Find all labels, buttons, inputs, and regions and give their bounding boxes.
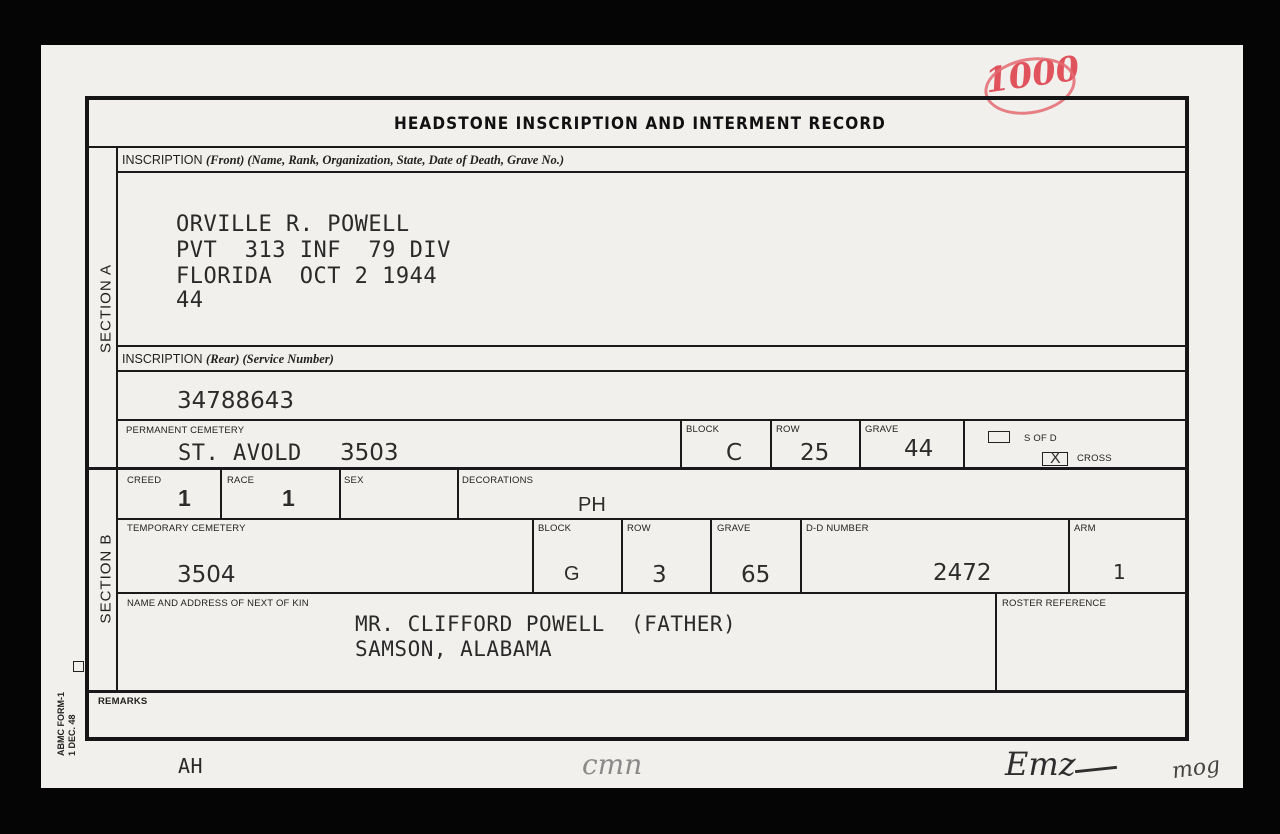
race-label: RACE xyxy=(227,475,254,486)
sex-label: SEX xyxy=(344,475,364,486)
rule-kin-top xyxy=(118,592,1187,594)
inscription-front-line-1: ORVILLE R. POWELL xyxy=(176,212,410,238)
rule-roster xyxy=(995,592,997,691)
permanent-cemetery-value: ST. AVOLD xyxy=(178,441,302,467)
pencil-note-1: cmn xyxy=(582,748,642,781)
race-value: 1 xyxy=(282,485,295,512)
arm-value: 1 xyxy=(1113,560,1126,584)
row-a-label: ROW xyxy=(776,424,800,435)
pencil-note-2: Emz xyxy=(1005,745,1076,783)
s-of-d-checkbox[interactable] xyxy=(988,431,1010,443)
creed-label: CREED xyxy=(127,475,161,486)
rule-front-label xyxy=(118,171,1187,173)
form-title: HEADSTONE INSCRIPTION AND INTERMENT RECO… xyxy=(64,114,1216,134)
rule-section-divider xyxy=(87,467,1187,470)
form-id: ABMC FORM-1 1 DEC. 48 xyxy=(56,666,78,756)
next-of-kin-line-2: SAMSON, ALABAMA xyxy=(355,636,552,662)
next-of-kin-line-1: MR. CLIFFORD POWELL (FATHER) xyxy=(355,611,736,637)
inscription-rear-label: INSCRIPTION (Rear) (Service Number) xyxy=(122,352,334,367)
rule-decorations xyxy=(457,468,459,519)
s-of-d-label: S OF D xyxy=(1024,433,1057,444)
inscription-front-line-3: FLORIDA OCT 2 1944 xyxy=(176,264,437,290)
typed-initials: AH xyxy=(178,753,203,779)
rule-marker-a xyxy=(963,419,965,468)
service-number-value: 34788643 xyxy=(177,388,294,414)
permanent-cemetery-label: PERMANENT CEMETERY xyxy=(126,425,244,436)
row-a-value: 25 xyxy=(800,440,829,466)
grave-b-label: GRAVE xyxy=(717,523,751,534)
rule-block-a xyxy=(680,419,682,468)
section-b-label: SECTION B xyxy=(98,529,115,629)
decorations-value: PH xyxy=(578,494,606,517)
rule-temp-cem-top xyxy=(118,518,1187,520)
roster-reference-label: ROSTER REFERENCE xyxy=(1002,598,1106,609)
rule-row-a xyxy=(770,419,772,468)
section-a-label: SECTION A xyxy=(98,259,115,359)
rule-grave-a xyxy=(859,419,861,468)
rule-rear-top xyxy=(118,345,1187,347)
grave-a-value: 44 xyxy=(904,436,933,462)
decorations-label: DECORATIONS xyxy=(462,475,533,486)
dd-number-label: D-D NUMBER xyxy=(806,523,869,534)
rule-arm xyxy=(1068,518,1070,593)
block-b-value: G xyxy=(564,563,580,586)
form-id-box xyxy=(73,661,84,672)
permanent-cemetery-code: 3503 xyxy=(340,440,399,466)
cross-check-mark: X xyxy=(1050,450,1061,468)
temporary-cemetery-value: 3504 xyxy=(177,562,236,588)
row-b-label: ROW xyxy=(627,523,651,534)
rule-dd-number xyxy=(800,518,802,593)
inscription-front-line-4: 44 xyxy=(176,288,204,314)
temporary-cemetery-label: TEMPORARY CEMETERY xyxy=(127,523,246,534)
creed-value: 1 xyxy=(178,485,191,512)
block-a-value: C xyxy=(726,440,742,466)
rule-below-title xyxy=(87,146,1187,148)
rule-sex xyxy=(339,468,341,519)
rule-race xyxy=(220,468,222,519)
cross-label: CROSS xyxy=(1077,453,1112,464)
remarks-label: REMARKS xyxy=(98,696,147,707)
row-b-value: 3 xyxy=(652,562,667,588)
rule-perm-cem-top xyxy=(118,419,1187,421)
dd-number-value: 2472 xyxy=(933,560,992,586)
arm-label: ARM xyxy=(1074,523,1096,534)
rule-section-column xyxy=(116,146,118,692)
rule-block-b xyxy=(532,518,534,593)
grave-a-label: GRAVE xyxy=(865,424,899,435)
inscription-front-label: INSCRIPTION (Front) (Name, Rank, Organiz… xyxy=(122,153,564,168)
rule-row-b xyxy=(621,518,623,593)
next-of-kin-label: NAME AND ADDRESS OF NEXT OF KIN xyxy=(127,598,309,609)
grave-b-value: 65 xyxy=(741,562,770,588)
rule-remarks-top xyxy=(87,690,1187,693)
block-a-label: BLOCK xyxy=(686,424,719,435)
rule-rear-label xyxy=(118,370,1187,372)
inscription-front-line-2: PVT 313 INF 79 DIV xyxy=(176,238,451,264)
rule-grave-b xyxy=(710,518,712,593)
block-b-label: BLOCK xyxy=(538,523,571,534)
